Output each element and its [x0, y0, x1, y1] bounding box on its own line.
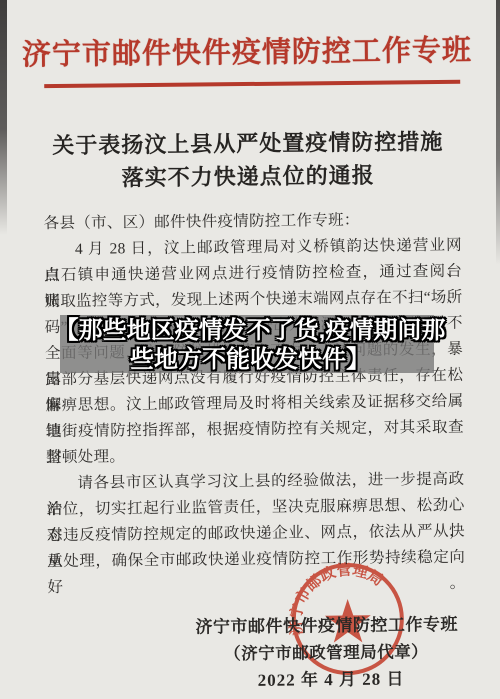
masthead-org-name: 济宁市邮件快件疫情防控工作专班: [0, 27, 497, 73]
masthead-red-rule: [44, 80, 460, 88]
photo-edge-right: [496, 0, 500, 265]
video-caption-overlay: 【那些地区疫情发不了货,疫情期间那 些地方不能收发快件】: [40, 316, 460, 374]
body-line: 镇街疫情防控指挥部，根据疫情防控有关规定，对其采取查封: [46, 415, 464, 445]
document-body: 各县（市、区）邮件快件疫情防控工作专班： 4 月 28 日，汶上邮政管理局对义桥…: [44, 207, 466, 575]
signature-date: 2022 年 4 月 28 日: [258, 664, 405, 691]
signature-block: 济宁市邮件快件疫情防控工作专班 （济宁市邮政管理局代章） 2022 年 4 月 …: [3, 610, 466, 615]
photo-edge-left: [0, 0, 7, 235]
document-title-line2: 落实不力快递点位的通报: [38, 158, 458, 195]
signature-org: 济宁市邮件快件疫情防控工作专班: [195, 610, 458, 638]
document-title-line1: 关于表扬汶上县从严处置疫情防控措施: [38, 125, 458, 162]
caption-line2: 些地方不能收发快件】: [40, 345, 460, 374]
caption-line1: 【那些地区疫情发不了货,疫情期间那: [40, 316, 460, 345]
photo-of-document: 济宁市邮件快件疫情防控工作专班 关于表扬汶上县从严处置疫情防控措施 落实不力快递…: [0, 0, 500, 699]
document-title: 关于表扬汶上县从严处置疫情防控措施 落实不力快递点位的通报: [38, 125, 459, 195]
signature-agency-note: （济宁市邮政管理局代章）: [224, 638, 428, 664]
